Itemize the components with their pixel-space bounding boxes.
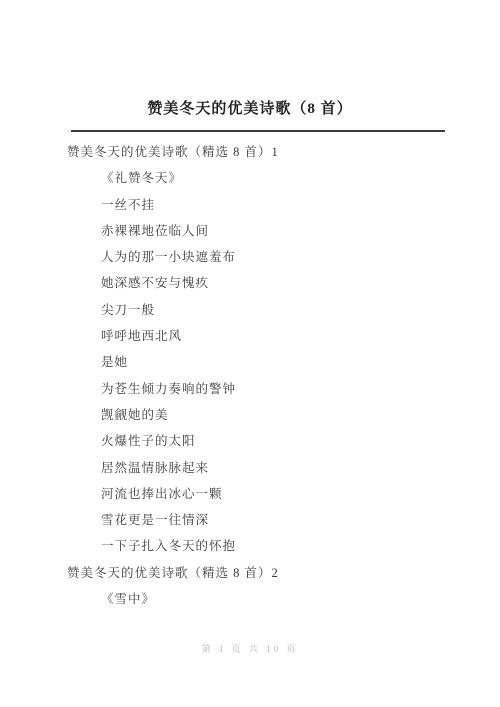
section-heading: 赞美冬天的优美诗歌（精选 8 首）1 — [67, 139, 470, 165]
title-divider — [71, 130, 445, 132]
poem-line: 火爆性子的太阳 — [67, 428, 470, 454]
page-number-footer: 第 1 页 共 10 页 — [0, 643, 500, 655]
poem-line: 是她 — [67, 349, 470, 375]
section-heading: 赞美冬天的优美诗歌（精选 8 首）2 — [67, 560, 470, 586]
page-title: 赞美冬天的优美诗歌（8 首） — [0, 99, 500, 119]
poem-line: 尖刀一般 — [67, 297, 470, 323]
poem-line: 河流也捧出冰心一颗 — [67, 481, 470, 507]
document-page: 赞美冬天的优美诗歌（8 首） 赞美冬天的优美诗歌（精选 8 首）1 《礼赞冬天》… — [0, 0, 500, 707]
poem-line: 呼呼地西北风 — [67, 323, 470, 349]
poem-line: 觊觎她的美 — [67, 402, 470, 428]
poem-line: 赤裸裸地莅临人间 — [67, 218, 470, 244]
document-body: 赞美冬天的优美诗歌（精选 8 首）1 《礼赞冬天》 一丝不挂 赤裸裸地莅临人间 … — [67, 139, 470, 612]
poem-line: 人为的那一小块遮羞布 — [67, 244, 470, 270]
poem-line: 为苍生倾力奏响的警钟 — [67, 376, 470, 402]
poem-title: 《礼赞冬天》 — [67, 165, 470, 191]
poem-line: 居然温情脉脉起来 — [67, 455, 470, 481]
poem-title: 《雪中》 — [67, 586, 470, 612]
poem-line: 一下子扎入冬天的怀抱 — [67, 533, 470, 559]
poem-line: 一丝不挂 — [67, 192, 470, 218]
poem-line: 她深感不安与愧疚 — [67, 270, 470, 296]
poem-line: 雪花更是一往情深 — [67, 507, 470, 533]
